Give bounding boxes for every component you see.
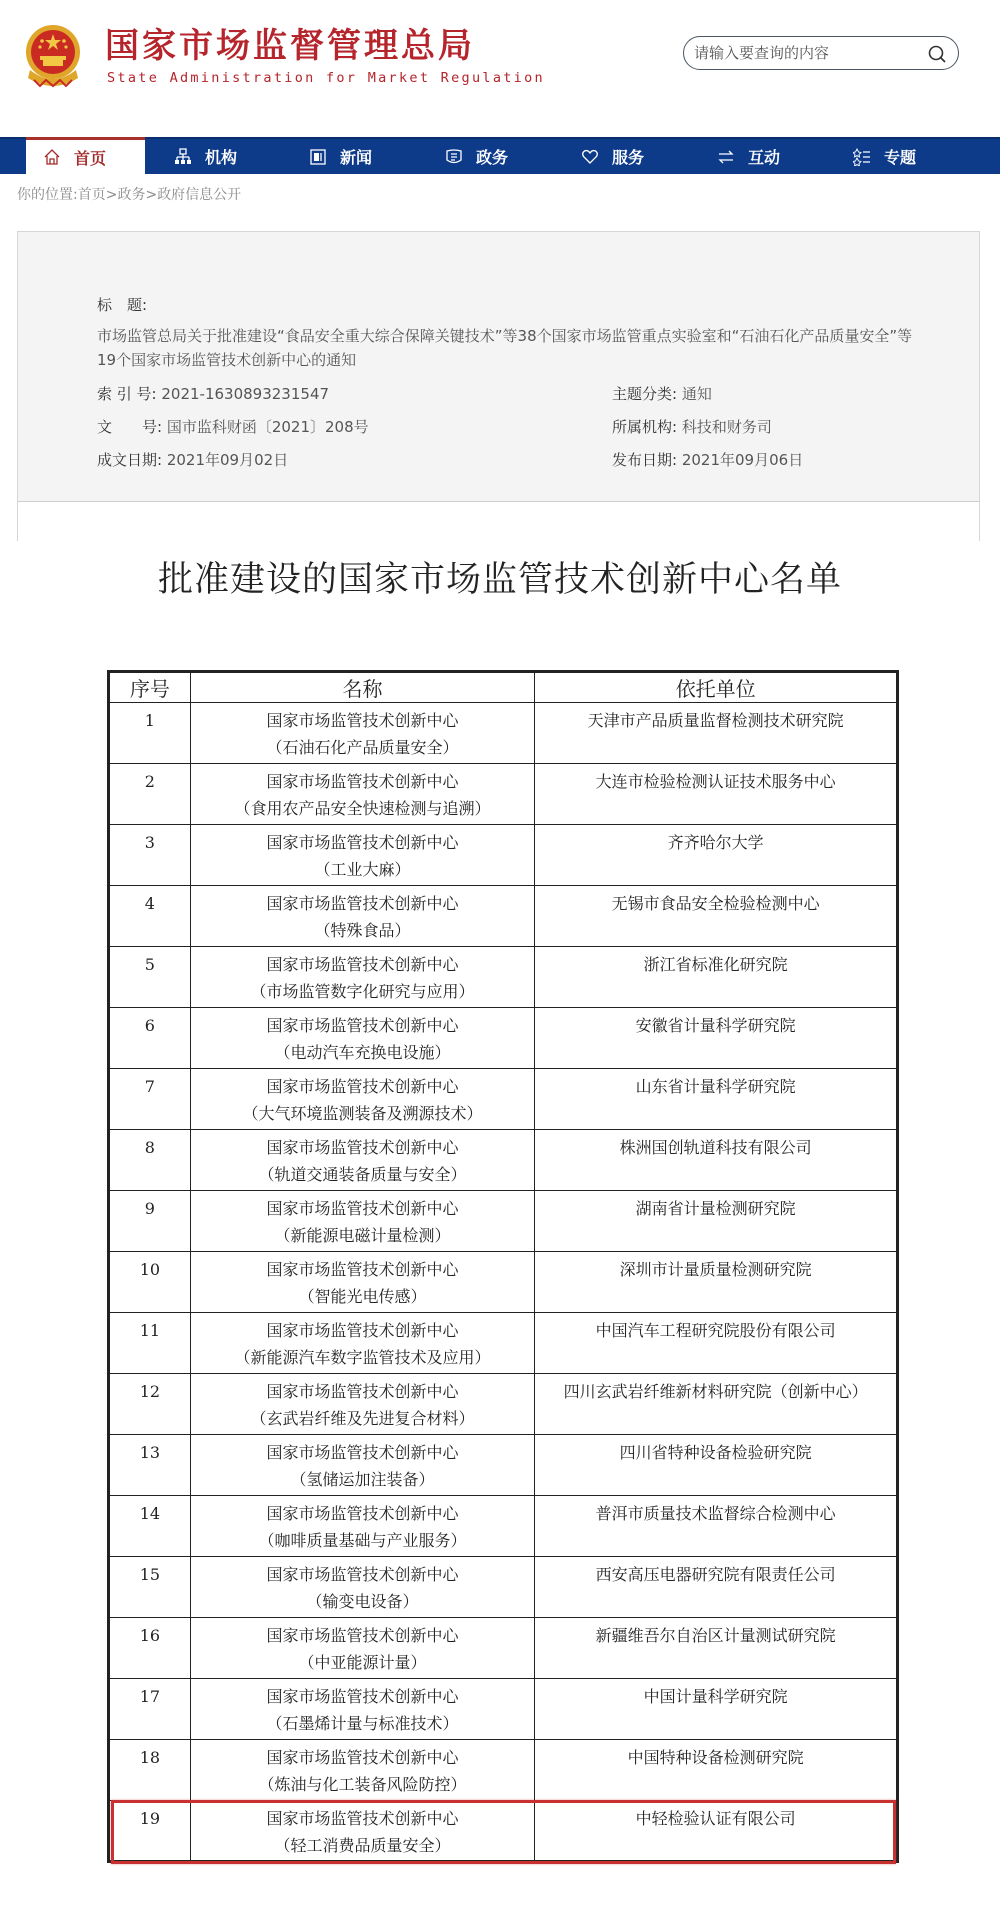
center-field: （咖啡质量基础与产业服务）	[191, 1527, 535, 1554]
host-organization: 新疆维吾尔自治区计量测试研究院	[535, 1618, 898, 1679]
center-name: 国家市场监管技术创新中心	[191, 1683, 535, 1710]
center-name-cell: 国家市场监管技术创新中心（石油石化产品质量安全）	[190, 703, 535, 764]
table-row: 19国家市场监管技术创新中心（轻工消费品质量安全）中轻检验认证有限公司	[109, 1801, 898, 1862]
category-label: 主题分类:	[612, 385, 677, 403]
center-name: 国家市场监管技术创新中心	[191, 1378, 535, 1405]
center-field: （电动汽车充换电设施）	[191, 1039, 535, 1066]
host-organization: 普洱市质量技术监督综合检测中心	[535, 1496, 898, 1557]
exchange-arrows-icon	[716, 147, 736, 167]
host-organization: 株洲国创轨道科技有限公司	[535, 1130, 898, 1191]
column-header-name: 名称	[190, 672, 535, 703]
nav-item-topics[interactable]: 专题	[852, 139, 916, 174]
center-name: 国家市场监管技术创新中心	[191, 1073, 535, 1100]
index-number-label: 索 引 号:	[97, 385, 157, 403]
nav-item-label: 机构	[205, 145, 237, 168]
host-organization: 天津市产品质量监督检测技术研究院	[535, 703, 898, 764]
center-name-cell: 国家市场监管技术创新中心（食用农产品安全快速检测与追溯）	[190, 764, 535, 825]
center-field: （智能光电传感）	[191, 1283, 535, 1310]
table-row: 2国家市场监管技术创新中心（食用农产品安全快速检测与追溯）大连市检验检测认证技术…	[109, 764, 898, 825]
center-field: （炼油与化工装备风险防控）	[191, 1771, 535, 1798]
table-row: 13国家市场监管技术创新中心（氢储运加注装备）四川省特种设备检验研究院	[109, 1435, 898, 1496]
row-number: 5	[109, 947, 191, 1008]
row-number: 1	[109, 703, 191, 764]
center-name-cell: 国家市场监管技术创新中心（中亚能源计量）	[190, 1618, 535, 1679]
row-number: 19	[109, 1801, 191, 1862]
center-name: 国家市场监管技术创新中心	[191, 890, 535, 917]
host-organization: 大连市检验检测认证技术服务中心	[535, 764, 898, 825]
agency-value: 科技和财务司	[682, 418, 772, 436]
nav-item-label: 新闻	[340, 145, 372, 168]
index-number-value: 2021-1630893231547	[161, 385, 329, 403]
nav-item-services[interactable]: 服务	[580, 139, 644, 174]
search-icon[interactable]	[926, 43, 948, 65]
center-name-cell: 国家市场监管技术创新中心（输变电设备）	[190, 1557, 535, 1618]
published-date-value: 2021年09月06日	[682, 451, 803, 469]
center-name: 国家市场监管技术创新中心	[191, 829, 535, 856]
center-name: 国家市场监管技术创新中心	[191, 1500, 535, 1527]
host-organization: 中轻检验认证有限公司	[535, 1801, 898, 1862]
breadcrumb-separator: >	[145, 187, 157, 203]
innovation-center-table: 序号 名称 依托单位 1国家市场监管技术创新中心（石油石化产品质量安全）天津市产…	[107, 670, 899, 1863]
main-nav: 首页 机构 新闻 政务 服务 互动 专题	[0, 137, 1000, 174]
table-row: 3国家市场监管技术创新中心（工业大麻）齐齐哈尔大学	[109, 825, 898, 886]
center-name-cell: 国家市场监管技术创新中心（市场监管数字化研究与应用）	[190, 947, 535, 1008]
table-row: 7国家市场监管技术创新中心（大气环境监测装备及溯源技术）山东省计量科学研究院	[109, 1069, 898, 1130]
table-row: 11国家市场监管技术创新中心（新能源汽车数字监管技术及应用）中国汽车工程研究院股…	[109, 1313, 898, 1374]
host-organization: 山东省计量科学研究院	[535, 1069, 898, 1130]
index-number-row: 索 引 号: 2021-1630893231547	[97, 383, 329, 404]
center-field: （玄武岩纤维及先进复合材料）	[191, 1405, 535, 1432]
category-value: 通知	[682, 385, 712, 403]
table-header-row: 序号 名称 依托单位	[109, 672, 898, 703]
center-field: （氢储运加注装备）	[191, 1466, 535, 1493]
breadcrumb-government-affairs[interactable]: 政务	[117, 187, 145, 203]
breadcrumb-prefix: 你的位置:	[17, 187, 78, 203]
government-affairs-icon	[444, 147, 464, 167]
title-label: 标 题:	[97, 294, 147, 315]
row-number: 3	[109, 825, 191, 886]
site-header: 国家市场监督管理总局 State Administration for Mark…	[0, 0, 1000, 137]
row-number: 12	[109, 1374, 191, 1435]
center-name: 国家市场监管技术创新中心	[191, 1805, 535, 1832]
column-header-host-org: 依托单位	[535, 672, 898, 703]
center-name-cell: 国家市场监管技术创新中心（石墨烯计量与标准技术）	[190, 1679, 535, 1740]
table-row: 1国家市场监管技术创新中心（石油石化产品质量安全）天津市产品质量监督检测技术研究…	[109, 703, 898, 764]
center-name-cell: 国家市场监管技术创新中心（智能光电传感）	[190, 1252, 535, 1313]
center-name: 国家市场监管技术创新中心	[191, 1134, 535, 1161]
center-field: （工业大麻）	[191, 856, 535, 883]
host-organization: 深圳市计量质量检测研究院	[535, 1252, 898, 1313]
national-emblem-icon[interactable]	[20, 22, 86, 92]
center-name: 国家市场监管技术创新中心	[191, 1744, 535, 1771]
center-name-cell: 国家市场监管技术创新中心（工业大麻）	[190, 825, 535, 886]
row-number: 18	[109, 1740, 191, 1801]
category-row: 主题分类: 通知	[612, 383, 712, 404]
published-date-row: 发布日期: 2021年09月06日	[612, 449, 803, 470]
center-name: 国家市场监管技术创新中心	[191, 1439, 535, 1466]
breadcrumb-separator: >	[106, 187, 118, 203]
center-name: 国家市场监管技术创新中心	[191, 707, 535, 734]
nav-item-label: 互动	[748, 145, 780, 168]
center-name: 国家市场监管技术创新中心	[191, 1195, 535, 1222]
table-row: 15国家市场监管技术创新中心（输变电设备）西安高压电器研究院有限责任公司	[109, 1557, 898, 1618]
center-name: 国家市场监管技术创新中心	[191, 1622, 535, 1649]
search-input[interactable]	[694, 41, 914, 65]
row-number: 7	[109, 1069, 191, 1130]
center-name: 国家市场监管技术创新中心	[191, 1256, 535, 1283]
host-organization: 中国汽车工程研究院股份有限公司	[535, 1313, 898, 1374]
news-icon	[308, 147, 328, 167]
table-row: 16国家市场监管技术创新中心（中亚能源计量）新疆维吾尔自治区计量测试研究院	[109, 1618, 898, 1679]
center-name-cell: 国家市场监管技术创新中心（大气环境监测装备及溯源技术）	[190, 1069, 535, 1130]
nav-item-interaction[interactable]: 互动	[716, 139, 780, 174]
document-meta-panel: 标 题: 市场监管总局关于批准建设“食品安全重大综合保障关键技术”等38个国家市…	[17, 231, 980, 541]
row-number: 6	[109, 1008, 191, 1069]
nav-item-label: 专题	[884, 145, 916, 168]
center-name-cell: 国家市场监管技术创新中心（氢储运加注装备）	[190, 1435, 535, 1496]
center-name-cell: 国家市场监管技术创新中心（电动汽车充换电设施）	[190, 1008, 535, 1069]
org-chart-icon	[173, 147, 193, 167]
center-field: （市场监管数字化研究与应用）	[191, 978, 535, 1005]
row-number: 11	[109, 1313, 191, 1374]
nav-item-label: 服务	[612, 145, 644, 168]
column-header-number: 序号	[109, 672, 191, 703]
center-name-cell: 国家市场监管技术创新中心（新能源汽车数字监管技术及应用）	[190, 1313, 535, 1374]
host-organization: 西安高压电器研究院有限责任公司	[535, 1557, 898, 1618]
table-row: 6国家市场监管技术创新中心（电动汽车充换电设施）安徽省计量科学研究院	[109, 1008, 898, 1069]
center-field: （新能源电磁计量检测）	[191, 1222, 535, 1249]
row-number: 13	[109, 1435, 191, 1496]
nav-item-home[interactable]: 首页	[26, 137, 145, 174]
host-organization: 浙江省标准化研究院	[535, 947, 898, 1008]
center-field: （轨道交通装备质量与安全）	[191, 1161, 535, 1188]
center-name: 国家市场监管技术创新中心	[191, 1317, 535, 1344]
center-field: （输变电设备）	[191, 1588, 535, 1615]
agency-row: 所属机构: 科技和财务司	[612, 416, 772, 437]
center-name-cell: 国家市场监管技术创新中心（轨道交通装备质量与安全）	[190, 1130, 535, 1191]
breadcrumb-home[interactable]: 首页	[78, 187, 106, 203]
table-row: 12国家市场监管技术创新中心（玄武岩纤维及先进复合材料）四川玄武岩纤维新材料研究…	[109, 1374, 898, 1435]
host-organization: 四川玄武岩纤维新材料研究院（创新中心）	[535, 1374, 898, 1435]
center-name-cell: 国家市场监管技术创新中心（玄武岩纤维及先进复合材料）	[190, 1374, 535, 1435]
center-field: （食用农产品安全快速检测与追溯）	[191, 795, 535, 822]
document-number-label: 文 号:	[97, 418, 162, 436]
document-number-row: 文 号: 国市监科财函〔2021〕208号	[97, 416, 369, 437]
heart-icon	[580, 147, 600, 167]
document-title: 市场监管总局关于批准建设“食品安全重大综合保障关键技术”等38个国家市场监管重点…	[97, 324, 917, 372]
center-field: （中亚能源计量）	[191, 1649, 535, 1676]
table-row: 10国家市场监管技术创新中心（智能光电传感）深圳市计量质量检测研究院	[109, 1252, 898, 1313]
host-organization: 中国特种设备检测研究院	[535, 1740, 898, 1801]
list-title: 批准建设的国家市场监管技术创新中心名单	[0, 552, 1000, 602]
created-date-label: 成文日期:	[97, 451, 162, 469]
center-name: 国家市场监管技术创新中心	[191, 1561, 535, 1588]
row-number: 4	[109, 886, 191, 947]
table-row: 14国家市场监管技术创新中心（咖啡质量基础与产业服务）普洱市质量技术监督综合检测…	[109, 1496, 898, 1557]
site-title[interactable]: 国家市场监督管理总局	[105, 24, 475, 68]
row-number: 16	[109, 1618, 191, 1679]
row-number: 15	[109, 1557, 191, 1618]
row-number: 10	[109, 1252, 191, 1313]
home-icon	[42, 147, 62, 167]
host-organization: 安徽省计量科学研究院	[535, 1008, 898, 1069]
center-name: 国家市场监管技术创新中心	[191, 1012, 535, 1039]
site-subtitle: State Administration for Market Regulati…	[107, 70, 545, 86]
agency-label: 所属机构:	[612, 418, 677, 436]
center-name-cell: 国家市场监管技术创新中心（新能源电磁计量检测）	[190, 1191, 535, 1252]
host-organization: 四川省特种设备检验研究院	[535, 1435, 898, 1496]
table-row: 17国家市场监管技术创新中心（石墨烯计量与标准技术）中国计量科学研究院	[109, 1679, 898, 1740]
host-organization: 无锡市食品安全检验检测中心	[535, 886, 898, 947]
host-organization: 中国计量科学研究院	[535, 1679, 898, 1740]
document-number-value: 国市监科财函〔2021〕208号	[167, 418, 369, 436]
published-date-label: 发布日期:	[612, 451, 677, 469]
table-row: 18国家市场监管技术创新中心（炼油与化工装备风险防控）中国特种设备检测研究院	[109, 1740, 898, 1801]
nav-item-news[interactable]: 新闻	[308, 139, 372, 174]
nav-item-government-affairs[interactable]: 政务	[444, 139, 508, 174]
row-number: 8	[109, 1130, 191, 1191]
host-organization: 齐齐哈尔大学	[535, 825, 898, 886]
search-box	[683, 36, 959, 70]
table-row: 9国家市场监管技术创新中心（新能源电磁计量检测）湖南省计量检测研究院	[109, 1191, 898, 1252]
center-name: 国家市场监管技术创新中心	[191, 951, 535, 978]
center-field: （大气环境监测装备及溯源技术）	[191, 1100, 535, 1127]
center-field: （石墨烯计量与标准技术）	[191, 1710, 535, 1737]
center-name-cell: 国家市场监管技术创新中心（咖啡质量基础与产业服务）	[190, 1496, 535, 1557]
center-name-cell: 国家市场监管技术创新中心（轻工消费品质量安全）	[190, 1801, 535, 1862]
nav-item-label: 政务	[476, 145, 508, 168]
created-date-value: 2021年09月02日	[167, 451, 288, 469]
center-name-cell: 国家市场监管技术创新中心（特殊食品）	[190, 886, 535, 947]
table-row: 8国家市场监管技术创新中心（轨道交通装备质量与安全）株洲国创轨道科技有限公司	[109, 1130, 898, 1191]
center-name: 国家市场监管技术创新中心	[191, 768, 535, 795]
center-field: （新能源汽车数字监管技术及应用）	[191, 1344, 535, 1371]
nav-item-label: 首页	[74, 146, 106, 169]
host-organization: 湖南省计量检测研究院	[535, 1191, 898, 1252]
row-number: 2	[109, 764, 191, 825]
topic-list-icon	[852, 147, 872, 167]
center-field: （轻工消费品质量安全）	[191, 1832, 535, 1859]
row-number: 14	[109, 1496, 191, 1557]
breadcrumb-gov-info-disclosure[interactable]: 政府信息公开	[157, 187, 241, 203]
document-meta-box: 标 题: 市场监管总局关于批准建设“食品安全重大综合保障关键技术”等38个国家市…	[18, 232, 979, 502]
breadcrumb: 你的位置:首页>政务>政府信息公开	[17, 184, 241, 204]
center-field: （石油石化产品质量安全）	[191, 734, 535, 761]
row-number: 17	[109, 1679, 191, 1740]
center-field: （特殊食品）	[191, 917, 535, 944]
center-name-cell: 国家市场监管技术创新中心（炼油与化工装备风险防控）	[190, 1740, 535, 1801]
table-row: 5国家市场监管技术创新中心（市场监管数字化研究与应用）浙江省标准化研究院	[109, 947, 898, 1008]
table-row: 4国家市场监管技术创新中心（特殊食品）无锡市食品安全检验检测中心	[109, 886, 898, 947]
created-date-row: 成文日期: 2021年09月02日	[97, 449, 288, 470]
row-number: 9	[109, 1191, 191, 1252]
nav-item-organization[interactable]: 机构	[173, 139, 237, 174]
